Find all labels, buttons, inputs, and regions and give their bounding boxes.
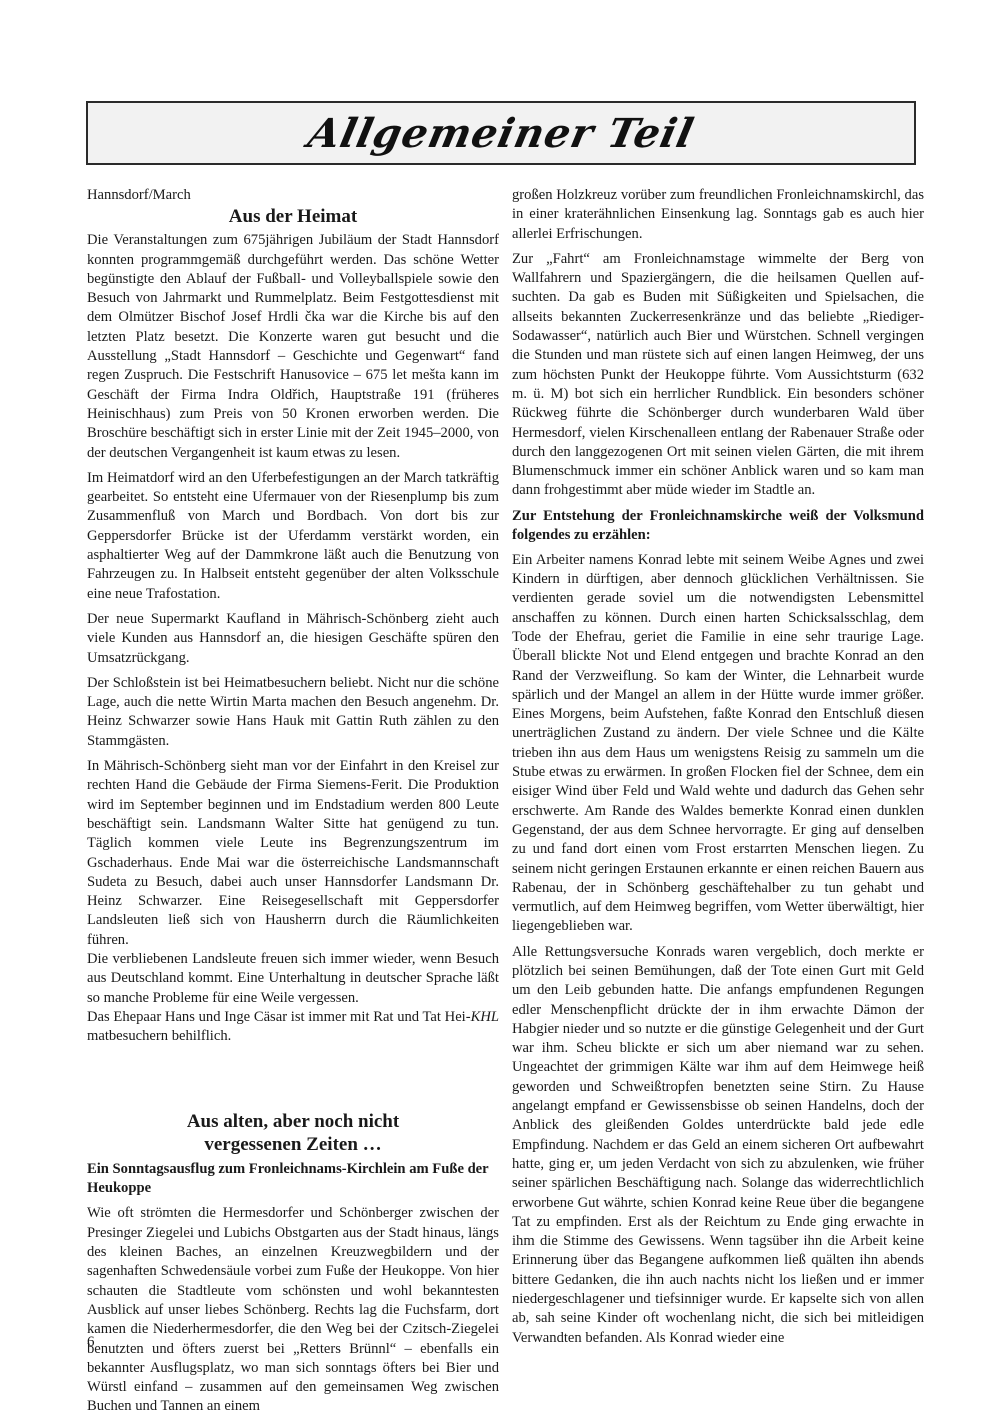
closing-line: Das Ehepaar Hans und Inge Cäsar ist imme… xyxy=(87,1008,499,1047)
article-title-aus-der-heimat: Aus der Heimat xyxy=(87,205,499,229)
legend-heading: Zur Entstehung der Fronleichnamskirche w… xyxy=(512,507,924,545)
article-paragraph: Die Veranstaltungen zum 675jährigen Jubi… xyxy=(87,231,499,463)
page-number: 6 xyxy=(87,1334,95,1351)
article-subtitle: Ein Sonntagsausflug zum Fronleichnams-Ki… xyxy=(87,1160,499,1198)
article-paragraph: Der Schloßstein ist bei Heimatbesuchern … xyxy=(87,674,499,751)
section-title: Allgemeiner Teil xyxy=(304,110,698,157)
article-paragraph: Ein Arbeiter namens Konrad lebte mit sei… xyxy=(512,551,924,937)
left-column: Hannsdorf/March Aus der Heimat Die Veran… xyxy=(87,186,499,1412)
article-paragraph: großen Holzkreuz vorüber zum freundliche… xyxy=(512,186,924,244)
dateline-place: Hannsdorf/March xyxy=(87,186,499,205)
article-title-aus-alten-zeiten: Aus alten, aber noch nicht vergessenen Z… xyxy=(87,1110,499,1156)
article-paragraph: Alle Rettungsversuche Konrads waren verg… xyxy=(512,943,924,1348)
article-paragraph: Das Ehepaar Hans und Inge Cäsar ist imme… xyxy=(87,1008,471,1047)
article-paragraph: Der neue Supermarkt Kaufland in Mährisch… xyxy=(87,610,499,668)
article-paragraph: Zur „Fahrt“ am Fronleichnamstage wimmelt… xyxy=(512,250,924,501)
title-line-1: Aus alten, aber noch nicht xyxy=(187,1111,399,1132)
article-paragraph: Im Heimatdorf wird an den Uferbefestigun… xyxy=(87,469,499,604)
article-paragraph: Die verbliebenen Landsleute freuen sich … xyxy=(87,950,499,1008)
author-signature: KHL xyxy=(471,1008,499,1047)
article-paragraph: Wie oft strömten die Hermesdorfer und Sc… xyxy=(87,1204,499,1412)
section-header-box: Allgemeiner Teil xyxy=(86,101,916,165)
right-column: großen Holzkreuz vorüber zum freundliche… xyxy=(512,186,924,1348)
article-paragraph: In Mährisch-Schönberg sieht man vor der … xyxy=(87,757,499,950)
title-line-2: vergessenen Zeiten … xyxy=(204,1134,381,1155)
